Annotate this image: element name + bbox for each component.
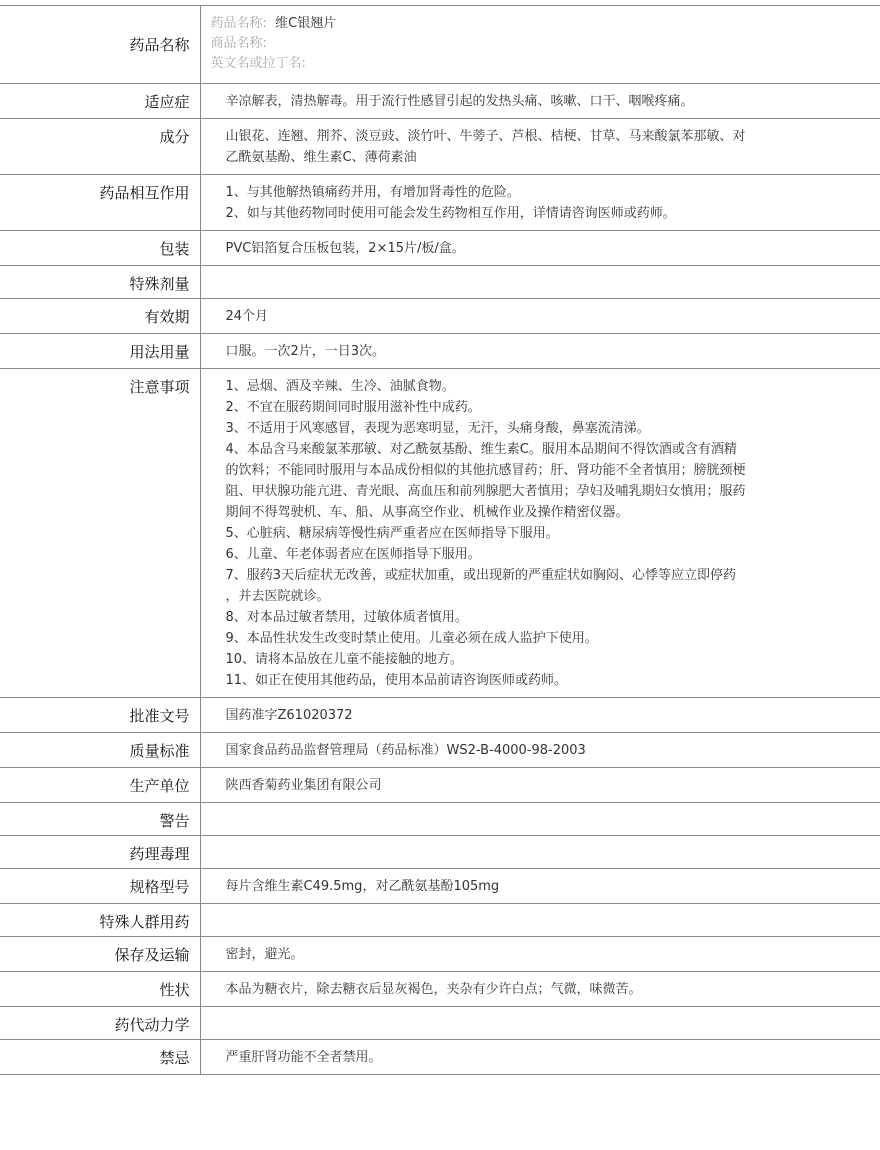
row-drug-name: 药品名称 药品名称: 维C银翘片 商品名称: 英文名或拉丁名: [0,6,880,84]
precaution-item: 阻、甲状腺功能亢进、青光眼、高血压和前列腺肥大者慎用；孕妇及哺乳期妇女慎用；服药 [226,481,791,502]
value-approval-number: 国药准字Z61020372 [200,698,880,733]
drug-info-table: 药品名称 药品名称: 维C银翘片 商品名称: 英文名或拉丁名: 适应症 辛凉解表… [0,5,880,1075]
value-pharmacokinetics [200,1007,880,1040]
row-storage: 保存及运输 密封，避光。 [0,937,880,972]
label-pharmacokinetics: 药代动力学 [0,1007,200,1040]
ingredients-line: 乙酰氨基酚、维生素C、薄荷素油 [226,147,880,168]
value-precautions: 1、忌烟、酒及辛辣、生冷、油腻食物。 2、不宜在服药期间同时服用滋补性中成药。 … [200,369,880,698]
value-drug-name: 药品名称: 维C银翘片 商品名称: 英文名或拉丁名: [200,6,880,84]
value-ingredients: 山银花、连翘、荆芥、淡豆豉、淡竹叶、牛蒡子、芦根、桔梗、甘草、马来酸氯苯那敏、对… [200,119,880,175]
ingredients-line: 山银花、连翘、荆芥、淡豆豉、淡竹叶、牛蒡子、芦根、桔梗、甘草、马来酸氯苯那敏、对 [226,126,880,147]
row-interactions: 药品相互作用 1、与其他解热镇痛药并用，有增加肾毒性的危险。 2、如与其他药物同… [0,175,880,231]
value-special-populations [200,904,880,937]
precaution-item: 11、如正在使用其他药品，使用本品前请咨询医师或药师。 [226,670,791,691]
row-pharmacokinetics: 药代动力学 [0,1007,880,1040]
label-shelf-life: 有效期 [0,299,200,334]
value-special-dosage [200,266,880,299]
row-pharmacology-toxicology: 药理毒理 [0,836,880,869]
label-pharmacology-toxicology: 药理毒理 [0,836,200,869]
label-warning: 警告 [0,803,200,836]
row-special-populations: 特殊人群用药 [0,904,880,937]
value-indications: 辛凉解表，清热解毒。用于流行性感冒引起的发热头痛、咳嗽、口干、咽喉疼痛。 [200,84,880,119]
precaution-item: 1、忌烟、酒及辛辣、生冷、油腻食物。 [226,376,791,397]
value-quality-standard: 国家食品药品监督管理局（药品标准）WS2-B-4000-98-2003 [200,733,880,768]
row-contraindications: 禁忌 严重肝肾功能不全者禁用。 [0,1040,880,1075]
value-manufacturer: 陕西香菊药业集团有限公司 [200,768,880,803]
precaution-item: 的饮料；不能同时服用与本品成份相似的其他抗感冒药；肝、肾功能不全者慎用；膀胱颈梗 [226,460,791,481]
precaution-item: 5、心脏病、糖尿病等慢性病严重者应在医师指导下服用。 [226,523,791,544]
label-packaging: 包装 [0,231,200,266]
value-shelf-life: 24个月 [200,299,880,334]
row-indications: 适应症 辛凉解表，清热解毒。用于流行性感冒引起的发热头痛、咳嗽、口干、咽喉疼痛。 [0,84,880,119]
value-storage: 密封，避光。 [200,937,880,972]
label-interactions: 药品相互作用 [0,175,200,231]
drug-info-page: 药品名称 药品名称: 维C银翘片 商品名称: 英文名或拉丁名: 适应症 辛凉解表… [0,0,880,1075]
label-drug-name: 药品名称 [0,6,200,84]
label-usage: 用法用量 [0,334,200,369]
value-pharmacology-toxicology [200,836,880,869]
precaution-item: 2、不宜在服药期间同时服用滋补性中成药。 [226,397,791,418]
value-contraindications: 严重肝肾功能不全者禁用。 [200,1040,880,1075]
english-name-label: 英文名或拉丁名: [211,56,306,71]
label-special-populations: 特殊人群用药 [0,904,200,937]
label-quality-standard: 质量标准 [0,733,200,768]
value-interactions: 1、与其他解热镇痛药并用，有增加肾毒性的危险。 2、如与其他药物同时使用可能会发… [200,175,880,231]
row-packaging: 包装 PVC铝箔复合压板包装，2×15片/板/盒。 [0,231,880,266]
generic-name-value: 维C银翘片 [275,16,336,31]
row-quality-standard: 质量标准 国家食品药品监督管理局（药品标准）WS2-B-4000-98-2003 [0,733,880,768]
precaution-item: 3、不适用于风寒感冒，表现为恶寒明显，无汗，头痛身酸，鼻塞流清涕。 [226,418,791,439]
row-description: 性状 本品为糖衣片，除去糖衣后显灰褐色，夹杂有少许白点；气微，味微苦。 [0,972,880,1007]
row-usage: 用法用量 口服。一次2片，一日3次。 [0,334,880,369]
label-storage: 保存及运输 [0,937,200,972]
precaution-item: ，并去医院就诊。 [226,586,791,607]
row-precautions: 注意事项 1、忌烟、酒及辛辣、生冷、油腻食物。 2、不宜在服药期间同时服用滋补性… [0,369,880,698]
precaution-item: 8、对本品过敏者禁用，过敏体质者慎用。 [226,607,791,628]
value-packaging: PVC铝箔复合压板包装，2×15片/板/盒。 [200,231,880,266]
trade-name-label: 商品名称: [211,36,267,51]
interaction-item: 2、如与其他药物同时使用可能会发生药物相互作用，详情请咨询医师或药师。 [226,203,880,224]
label-specification: 规格型号 [0,869,200,904]
row-special-dosage: 特殊剂量 [0,266,880,299]
label-precautions: 注意事项 [0,369,200,698]
label-ingredients: 成分 [0,119,200,175]
precaution-item: 7、服药3天后症状无改善，或症状加重，或出现新的严重症状如胸闷、心悸等应立即停药 [226,565,791,586]
label-description: 性状 [0,972,200,1007]
precaution-item: 6、儿童、年老体弱者应在医师指导下服用。 [226,544,791,565]
label-indications: 适应症 [0,84,200,119]
row-warning: 警告 [0,803,880,836]
label-approval-number: 批准文号 [0,698,200,733]
value-specification: 每片含维生素C49.5mg，对乙酰氨基酚105mg [200,869,880,904]
label-manufacturer: 生产单位 [0,768,200,803]
value-description: 本品为糖衣片，除去糖衣后显灰褐色，夹杂有少许白点；气微，味微苦。 [200,972,880,1007]
precaution-item: 期间不得驾驶机、车、船、从事高空作业、机械作业及操作精密仪器。 [226,502,791,523]
precaution-item: 9、本品性状发生改变时禁止使用。儿童必须在成人监护下使用。 [226,628,791,649]
row-specification: 规格型号 每片含维生素C49.5mg，对乙酰氨基酚105mg [0,869,880,904]
label-special-dosage: 特殊剂量 [0,266,200,299]
label-contraindications: 禁忌 [0,1040,200,1075]
precaution-item: 4、本品含马来酸氯苯那敏、对乙酰氨基酚、维生素C。服用本品期间不得饮酒或含有酒精 [226,439,791,460]
interaction-item: 1、与其他解热镇痛药并用，有增加肾毒性的危险。 [226,182,880,203]
row-shelf-life: 有效期 24个月 [0,299,880,334]
generic-name-label: 药品名称: [211,16,267,31]
row-manufacturer: 生产单位 陕西香菊药业集团有限公司 [0,768,880,803]
value-usage: 口服。一次2片，一日3次。 [200,334,880,369]
row-ingredients: 成分 山银花、连翘、荆芥、淡豆豉、淡竹叶、牛蒡子、芦根、桔梗、甘草、马来酸氯苯那… [0,119,880,175]
row-approval-number: 批准文号 国药准字Z61020372 [0,698,880,733]
value-warning [200,803,880,836]
precaution-item: 10、请将本品放在儿童不能接触的地方。 [226,649,791,670]
